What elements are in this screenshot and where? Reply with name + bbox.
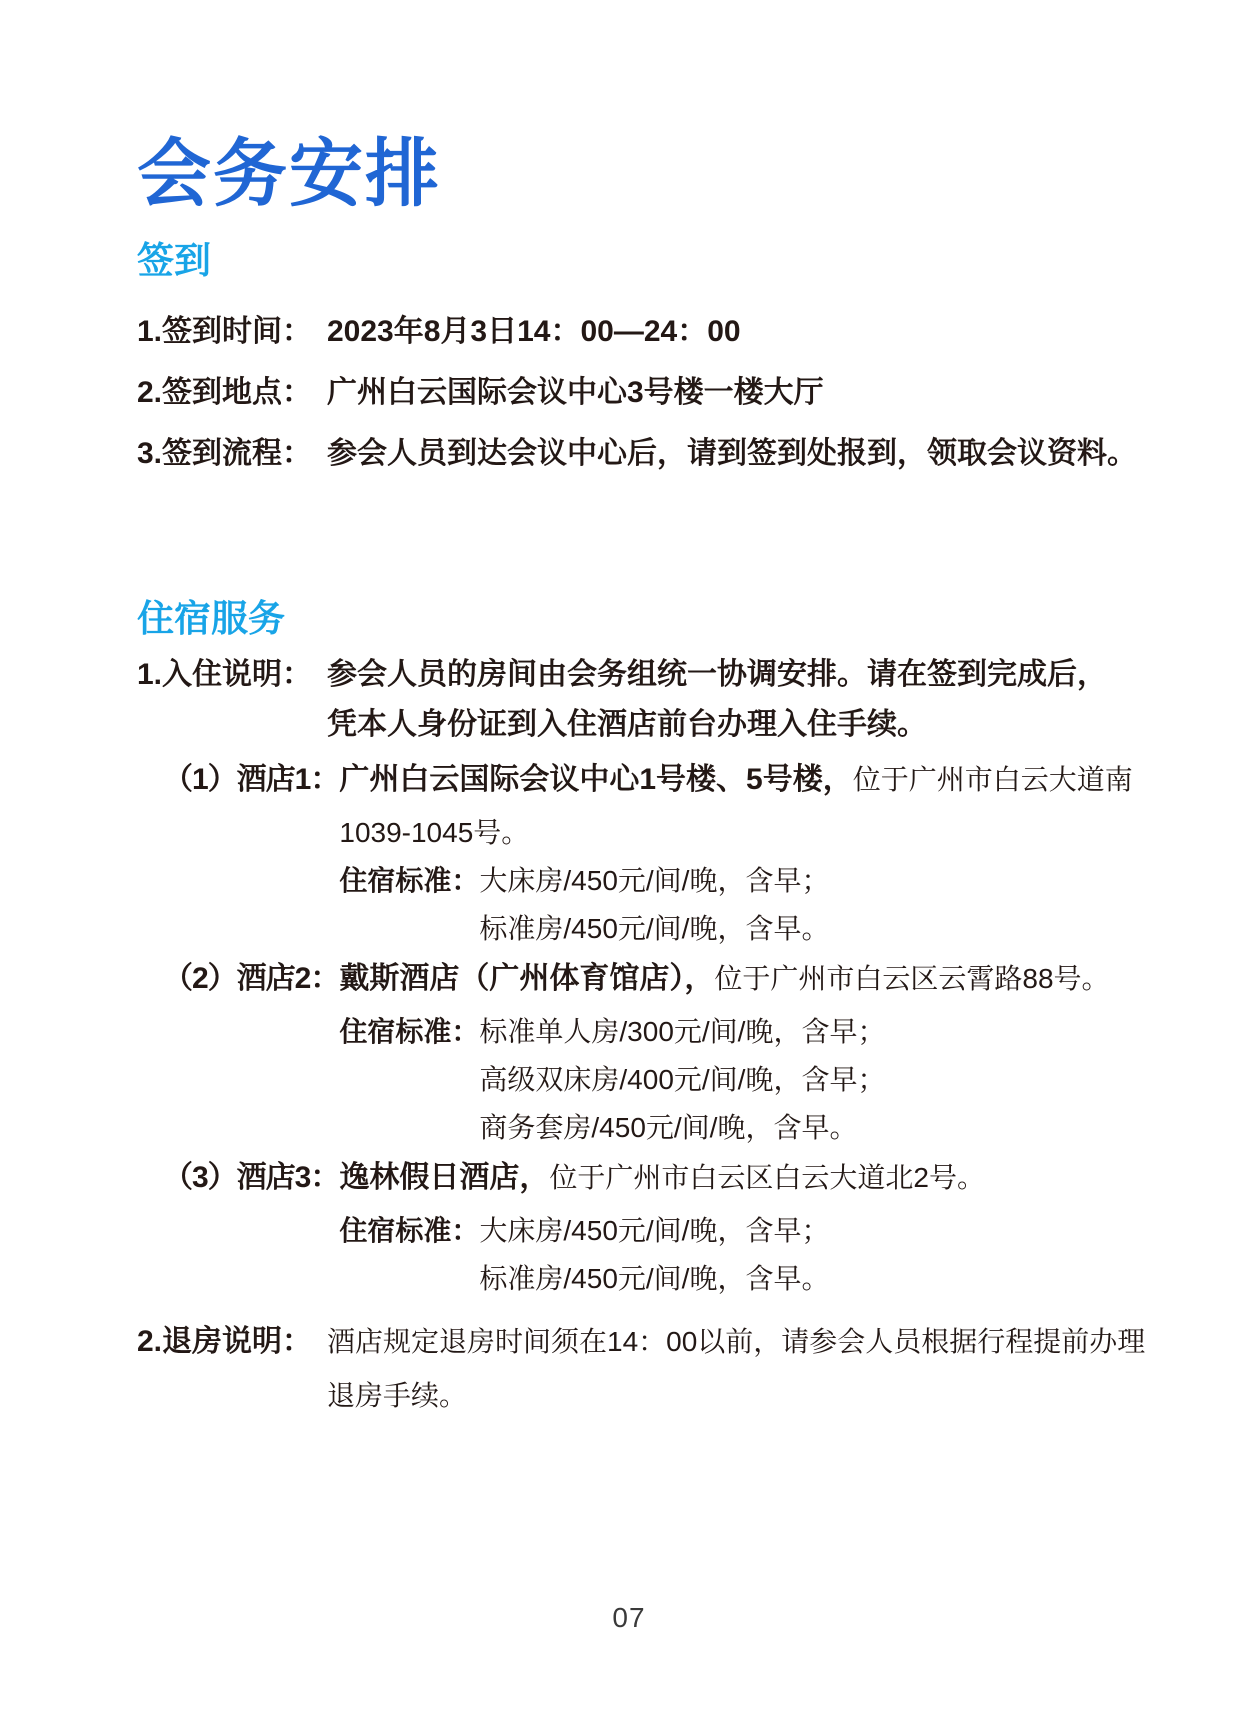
checkout-note-label: 2.退房说明： <box>137 1315 327 1369</box>
hotel-2-block: （2）酒店2： 戴斯酒店（广州体育馆店），位于广州市白云区云霄路88号。 住宿标… <box>163 955 1150 1152</box>
hotel-3-rate-2: 标准房/450元/间/晚，含早。 <box>479 1255 1150 1303</box>
accommodation-checkin-note: 1.入住说明： 参会人员的房间由会务组统一协调安排。请在签到完成后， 凭本人身份… <box>137 650 1150 750</box>
hotel-1-name: 广州白云国际会议中心1号楼、5号楼， <box>339 763 852 796</box>
hotel-3-label: （3）酒店3： <box>163 1154 339 1202</box>
hotel-2-rates-label: 住宿标准： <box>339 1008 479 1056</box>
checkin-item-place: 2.签到地点： 广州白云国际会议中心3号楼一楼大厅 <box>137 371 1150 415</box>
hotel-2-location: 位于广州市白云区云霄路88号。 <box>714 963 1109 994</box>
hotel-1-location: 位于广州市白云大道南 <box>853 764 1133 795</box>
hotel-3-block: （3）酒店3： 逸林假日酒店，位于广州市白云区白云大道北2号。 住宿标准： 大床… <box>163 1154 1150 1303</box>
checkout-note-line2: 退房手续。 <box>327 1369 1150 1423</box>
checkin-item-time: 1.签到时间： 2023年8月3日14：00—24：00 <box>137 310 1150 354</box>
hotel-2-rate-3: 商务套房/450元/间/晚，含早。 <box>479 1104 1150 1152</box>
checkout-note-line1: 酒店规定退房时间须在14：00以前，请参会人员根据行程提前办理 <box>327 1315 1150 1369</box>
checkin-item-time-label: 1.签到时间： <box>137 310 327 354</box>
hotel-2-rates-list: 标准单人房/300元/间/晚，含早； 高级双床房/400元/间/晚，含早； 商务… <box>479 1008 1150 1152</box>
hotel-1-label: （1）酒店1： <box>163 756 339 804</box>
hotel-2-label: （2）酒店2： <box>163 955 339 1003</box>
hotel-3-title-line: 逸林假日酒店，位于广州市白云区白云大道北2号。 <box>339 1154 1150 1207</box>
hotel-2-rate-1: 标准单人房/300元/间/晚，含早； <box>479 1008 1150 1056</box>
hotel-3-content: 逸林假日酒店，位于广州市白云区白云大道北2号。 住宿标准： 大床房/450元/间… <box>339 1154 1150 1303</box>
hotel-1-title-line: 广州白云国际会议中心1号楼、5号楼，位于广州市白云大道南 <box>339 756 1150 809</box>
checkout-note: 2.退房说明： 酒店规定退房时间须在14：00以前，请参会人员根据行程提前办理 … <box>137 1315 1150 1423</box>
hotel-2-rates: 住宿标准： 标准单人房/300元/间/晚，含早； 高级双床房/400元/间/晚，… <box>339 1008 1150 1152</box>
section-heading-accommodation: 住宿服务 <box>137 598 1150 640</box>
hotel-3-rates-list: 大床房/450元/间/晚，含早； 标准房/450元/间/晚，含早。 <box>479 1207 1150 1303</box>
accommodation-checkin-note-label: 1.入住说明： <box>137 650 327 700</box>
hotel-2-content: 戴斯酒店（广州体育馆店），位于广州市白云区云霄路88号。 住宿标准： 标准单人房… <box>339 955 1150 1152</box>
hotel-3-rates: 住宿标准： 大床房/450元/间/晚，含早； 标准房/450元/间/晚，含早。 <box>339 1207 1150 1303</box>
hotel-1-block: （1）酒店1： 广州白云国际会议中心1号楼、5号楼，位于广州市白云大道南 103… <box>163 756 1150 953</box>
checkin-item-process-label: 3.签到流程： <box>137 432 327 476</box>
checkin-item-place-text: 广州白云国际会议中心3号楼一楼大厅 <box>327 371 1150 415</box>
checkin-item-place-label: 2.签到地点： <box>137 371 327 415</box>
checkin-item-process-text: 参会人员到达会议中心后，请到签到处报到，领取会议资料。 <box>327 432 1150 476</box>
checkin-item-process: 3.签到流程： 参会人员到达会议中心后，请到签到处报到，领取会议资料。 <box>137 432 1150 476</box>
page-title: 会务安排 <box>137 138 1150 212</box>
hotel-1-rate-1: 大床房/450元/间/晚，含早； <box>479 857 1150 905</box>
hotel-1-location-line2: 1039-1045号。 <box>339 809 1150 857</box>
hotel-3-rates-label: 住宿标准： <box>339 1207 479 1255</box>
accommodation-checkin-note-text: 参会人员的房间由会务组统一协调安排。请在签到完成后， 凭本人身份证到入住酒店前台… <box>327 650 1150 750</box>
page-number: 07 <box>0 1602 1258 1634</box>
hotel-3-rate-1: 大床房/450元/间/晚，含早； <box>479 1207 1150 1255</box>
document-page: 会务安排 签到 1.签到时间： 2023年8月3日14：00—24：00 2.签… <box>0 0 1258 1718</box>
hotel-1-rates-label: 住宿标准： <box>339 857 479 905</box>
accommodation-checkin-note-line2: 凭本人身份证到入住酒店前台办理入住手续。 <box>327 700 1150 750</box>
checkin-item-time-text: 2023年8月3日14：00—24：00 <box>327 310 1150 354</box>
hotel-1-rates-list: 大床房/450元/间/晚，含早； 标准房/450元/间/晚，含早。 <box>479 857 1150 953</box>
section-heading-checkin: 签到 <box>137 240 1150 282</box>
page-content: 会务安排 签到 1.签到时间： 2023年8月3日14：00—24：00 2.签… <box>0 0 1258 1423</box>
hotel-2-rate-2: 高级双床房/400元/间/晚，含早； <box>479 1056 1150 1104</box>
hotel-3-name: 逸林假日酒店， <box>339 1161 549 1194</box>
hotel-2-title-line: 戴斯酒店（广州体育馆店），位于广州市白云区云霄路88号。 <box>339 955 1150 1008</box>
hotel-1-rate-2: 标准房/450元/间/晚，含早。 <box>479 905 1150 953</box>
hotel-2-name: 戴斯酒店（广州体育馆店）， <box>339 962 714 995</box>
hotel-1-rates: 住宿标准： 大床房/450元/间/晚，含早； 标准房/450元/间/晚，含早。 <box>339 857 1150 953</box>
checkout-note-text: 酒店规定退房时间须在14：00以前，请参会人员根据行程提前办理 退房手续。 <box>327 1315 1150 1423</box>
accommodation-checkin-note-line1: 参会人员的房间由会务组统一协调安排。请在签到完成后， <box>327 650 1150 700</box>
hotel-1-content: 广州白云国际会议中心1号楼、5号楼，位于广州市白云大道南 1039-1045号。… <box>339 756 1150 953</box>
hotel-3-location: 位于广州市白云区白云大道北2号。 <box>549 1162 985 1193</box>
